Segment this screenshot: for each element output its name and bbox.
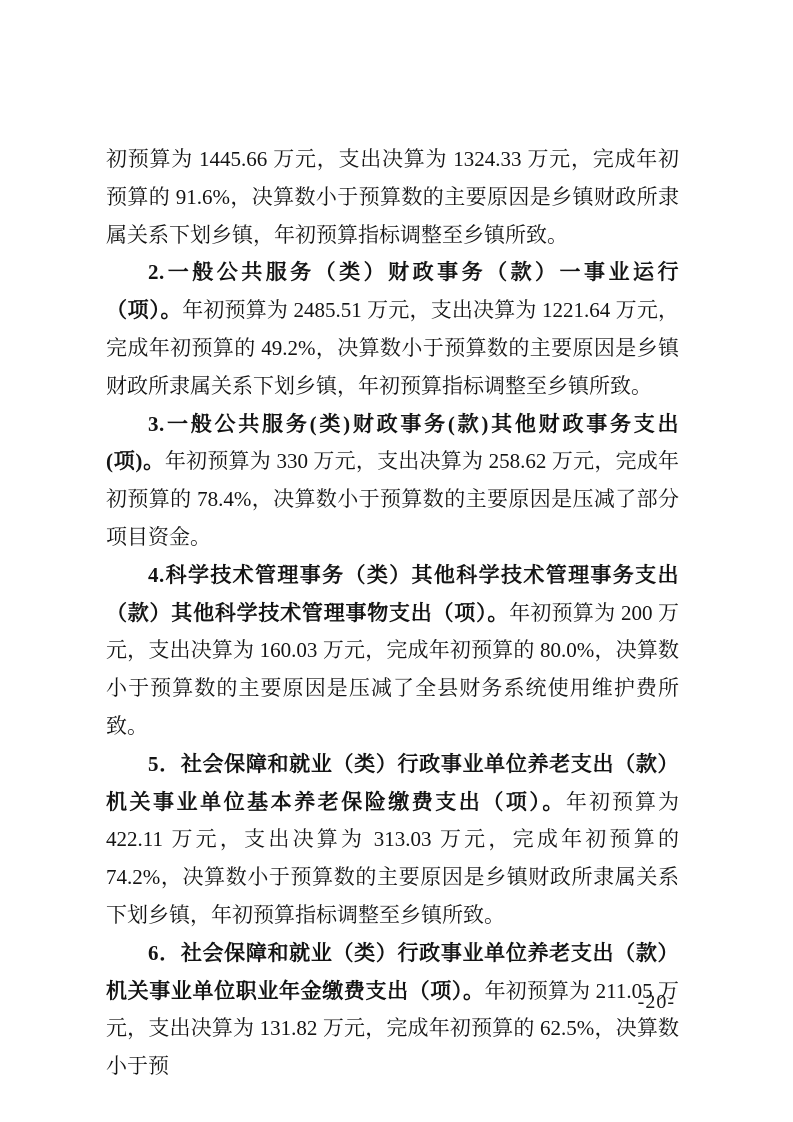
page-number: -20- xyxy=(638,991,675,1014)
paragraph-text: 年初预算为 330 万元，支出决算为 258.62 万元，完成年初预算的 78.… xyxy=(106,449,679,549)
document-page: 初预算为 1445.66 万元，支出决算为 1324.33 万元，完成年初预算的… xyxy=(0,0,793,1122)
paragraph-item-4: 4.科学技术管理事务（类）其他科学技术管理事务支出（款）其他科学技术管理事物支出… xyxy=(106,557,679,746)
paragraph-continuation: 初预算为 1445.66 万元，支出决算为 1324.33 万元，完成年初预算的… xyxy=(106,141,679,254)
paragraph-item-3: 3.一般公共服务(类)财政事务(款)其他财政事务支出(项)。年初预算为 330 … xyxy=(106,406,679,557)
paragraph-item-5: 5．社会保障和就业（类）行政事业单位养老支出（款）机关事业单位基本养老保险缴费支… xyxy=(106,746,679,935)
paragraph-text: 年初预算为 2485.51 万元，支出决算为 1221.64 万元，完成年初预算… xyxy=(106,298,679,398)
paragraph-text: 初预算为 1445.66 万元，支出决算为 1324.33 万元，完成年初预算的… xyxy=(106,147,679,247)
document-body: 初预算为 1445.66 万元，支出决算为 1324.33 万元，完成年初预算的… xyxy=(106,141,679,1086)
paragraph-item-2: 2.一般公共服务（类）财政事务（款）一事业运行（项）。年初预算为 2485.51… xyxy=(106,254,679,405)
paragraph-item-6: 6．社会保障和就业（类）行政事业单位养老支出（款）机关事业单位职业年金缴费支出（… xyxy=(106,935,679,1086)
